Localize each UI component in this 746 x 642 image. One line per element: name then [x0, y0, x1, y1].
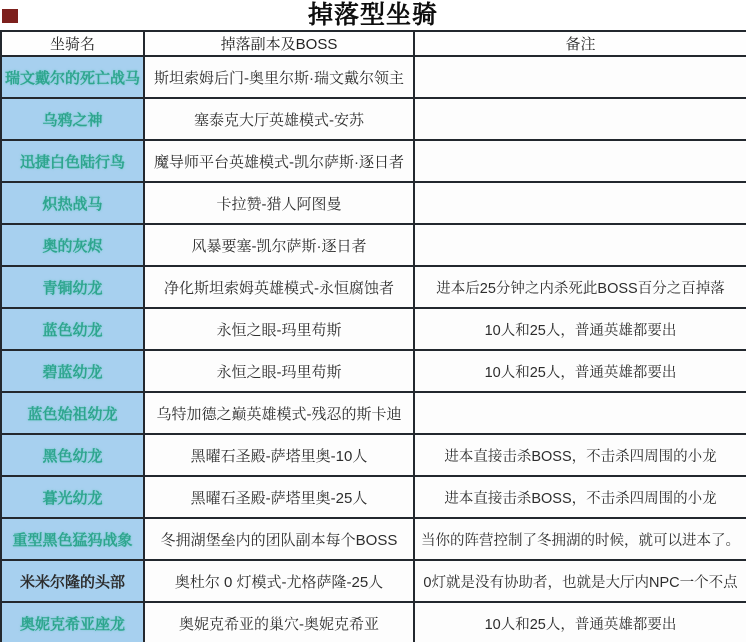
dungeon-boss-cell: 风暴要塞-凯尔萨斯·逐日者	[145, 225, 415, 267]
dungeon-boss-cell: 塞泰克大厅英雄模式-安苏	[145, 99, 415, 141]
page-title: 掉落型坐骑	[0, 0, 746, 30]
mount-name-cell: 瑞文戴尔的死亡战马	[2, 57, 145, 99]
note-cell: 0灯就是没有协助者，也就是大厅内NPC一个不点	[415, 561, 746, 603]
dungeon-boss-cell: 永恒之眼-玛里苟斯	[145, 309, 415, 351]
mount-name-cell: 米米尔隆的头部	[2, 561, 145, 603]
note-cell: 10人和25人，普通英雄都要出	[415, 351, 746, 393]
dungeon-boss-cell: 奥杜尔 0 灯模式-尤格萨隆-25人	[145, 561, 415, 603]
mount-name-cell: 炽热战马	[2, 183, 145, 225]
dungeon-boss-cell: 斯坦索姆后门-奥里尔斯·瑞文戴尔领主	[145, 57, 415, 99]
note-cell: 进本直接击杀BOSS，不击杀四周围的小龙	[415, 435, 746, 477]
dungeon-boss-cell: 永恒之眼-玛里苟斯	[145, 351, 415, 393]
dungeon-boss-cell: 黑曜石圣殿-萨塔里奥-25人	[145, 477, 415, 519]
mount-name-cell: 奥的灰烬	[2, 225, 145, 267]
mount-name-cell: 重型黑色猛犸战象	[2, 519, 145, 561]
mount-name-cell: 青铜幼龙	[2, 267, 145, 309]
mount-name-cell: 暮光幼龙	[2, 477, 145, 519]
mount-name-cell: 碧蓝幼龙	[2, 351, 145, 393]
note-cell	[415, 57, 746, 99]
note-cell	[415, 225, 746, 267]
note-cell	[415, 141, 746, 183]
mount-name-cell: 奥妮克希亚座龙	[2, 603, 145, 642]
dungeon-boss-cell: 净化斯坦索姆英雄模式-永恒腐蚀者	[145, 267, 415, 309]
note-cell: 10人和25人，普通英雄都要出	[415, 309, 746, 351]
mount-name-cell: 蓝色幼龙	[2, 309, 145, 351]
mounts-table: 坐骑名 掉落副本及BOSS 备注 瑞文戴尔的死亡战马斯坦索姆后门-奥里尔斯·瑞文…	[0, 30, 746, 642]
note-cell: 当你的阵营控制了冬拥湖的时候，就可以进本了。	[415, 519, 746, 561]
mount-name-cell: 黑色幼龙	[2, 435, 145, 477]
mount-name-cell: 迅捷白色陆行鸟	[2, 141, 145, 183]
note-cell	[415, 393, 746, 435]
dungeon-boss-cell: 卡拉赞-猎人阿图曼	[145, 183, 415, 225]
column-header-dungeon-boss: 掉落副本及BOSS	[145, 32, 415, 57]
note-cell: 10人和25人，普通英雄都要出	[415, 603, 746, 642]
note-cell	[415, 99, 746, 141]
column-header-notes: 备注	[415, 32, 746, 57]
dungeon-boss-cell: 奥妮克希亚的巢穴-奥妮克希亚	[145, 603, 415, 642]
dungeon-boss-cell: 魔导师平台英雄模式-凯尔萨斯·逐日者	[145, 141, 415, 183]
column-header-mount-name: 坐骑名	[2, 32, 145, 57]
mount-name-cell: 乌鸦之神	[2, 99, 145, 141]
dungeon-boss-cell: 黑曜石圣殿-萨塔里奥-10人	[145, 435, 415, 477]
dungeon-boss-cell: 乌特加德之巅英雄模式-残忍的斯卡迪	[145, 393, 415, 435]
note-cell: 进本后25分钟之内杀死此BOSS百分之百掉落	[415, 267, 746, 309]
note-cell	[415, 183, 746, 225]
mount-name-cell: 蓝色始祖幼龙	[2, 393, 145, 435]
dungeon-boss-cell: 冬拥湖堡垒内的团队副本每个BOSS	[145, 519, 415, 561]
note-cell: 进本直接击杀BOSS，不击杀四周围的小龙	[415, 477, 746, 519]
